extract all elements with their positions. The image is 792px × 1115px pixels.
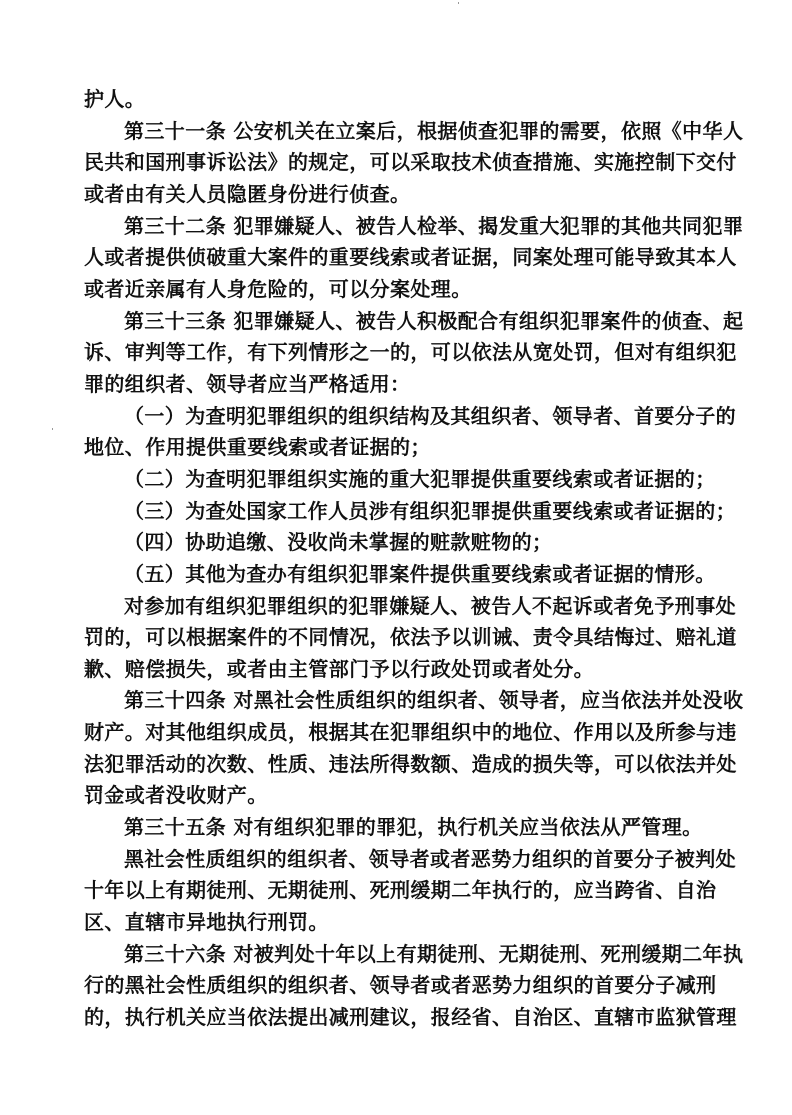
text-line: 法犯罪活动的次数、性质、违法所得数额、造成的损失等，可以依法并处	[84, 749, 704, 781]
text-line: 罪的组织者、领导者应当严格适用：	[84, 369, 704, 401]
text-line: 歉、赔偿损失，或者由主管部门予以行政处罚或者处分。	[84, 654, 704, 686]
text-line: 民共和国刑事诉讼法》的规定，可以采取技术侦查措施、实施控制下交付	[84, 147, 704, 179]
paragraph-line: 对参加有组织犯罪组织的犯罪嫌疑人、被告人不起诉或者免予刑事处	[84, 591, 704, 623]
text-line: 十年以上有期徒刑、无期徒刑、死刑缓期二年执行的，应当跨省、自治	[84, 875, 704, 907]
text-line: 罚金或者没收财产。	[84, 780, 704, 812]
list-item-2: （二）为查明犯罪组织实施的重大犯罪提供重要线索或者证据的；	[84, 464, 704, 496]
text-line: 罚的，可以根据案件的不同情况，依法予以训诫、责令具结悔过、赔礼道	[84, 622, 704, 654]
article-35-heading-line: 第三十五条 对有组织犯罪的罪犯，执行机关应当依法从严管理。	[84, 812, 704, 844]
text-line: 地位、作用提供重要线索或者证据的；	[84, 432, 704, 464]
text-line: 的，执行机关应当依法提出减刑建议，报经省、自治区、直辖市监狱管理	[84, 1002, 704, 1034]
text-line: 区、直辖市异地执行刑罚。	[84, 907, 704, 939]
text-line: 护人。	[84, 84, 704, 116]
article-33-heading-line: 第三十三条 犯罪嫌疑人、被告人积极配合有组织犯罪案件的侦查、起	[84, 306, 704, 338]
text-line: 行的黑社会性质组织的组织者、领导者或者恶势力组织的首要分子减刑	[84, 970, 704, 1002]
text-line: 或者由有关人员隐匿身份进行侦查。	[84, 179, 704, 211]
article-36-heading-line: 第三十六条 对被判处十年以上有期徒刑、无期徒刑、死刑缓期二年执	[84, 939, 704, 971]
article-31-heading-line: 第三十一条 公安机关在立案后，根据侦查犯罪的需要，依照《中华人	[84, 116, 704, 148]
article-34-heading-line: 第三十四条 对黑社会性质组织的组织者、领导者，应当依法并处没收	[84, 685, 704, 717]
list-item-5: （五）其他为查办有组织犯罪案件提供重要线索或者证据的情形。	[84, 559, 704, 591]
scan-speck	[458, 2, 459, 4]
paragraph-line: 黑社会性质组织的组织者、领导者或者恶势力组织的首要分子被判处	[84, 844, 704, 876]
list-item-4: （四）协助追缴、没收尚未掌握的赃款赃物的；	[84, 527, 704, 559]
text-line: 财产。对其他组织成员，根据其在犯罪组织中的地位、作用以及所参与违	[84, 717, 704, 749]
text-line: 人或者提供侦破重大案件的重要线索或者证据，同案处理可能导致其本人	[84, 242, 704, 274]
document-page: 护人。 第三十一条 公安机关在立案后，根据侦查犯罪的需要，依照《中华人 民共和国…	[84, 84, 704, 1034]
text-line: 或者近亲属有人身危险的，可以分案处理。	[84, 274, 704, 306]
list-item-3: （三）为查处国家工作人员涉有组织犯罪提供重要线索或者证据的；	[84, 496, 704, 528]
list-item-1: （一）为查明犯罪组织的组织结构及其组织者、领导者、首要分子的	[84, 401, 704, 433]
article-32-heading-line: 第三十二条 犯罪嫌疑人、被告人检举、揭发重大犯罪的其他共同犯罪	[84, 211, 704, 243]
scan-speck	[52, 428, 53, 430]
text-line: 诉、审判等工作，有下列情形之一的，可以依法从宽处罚，但对有组织犯	[84, 337, 704, 369]
